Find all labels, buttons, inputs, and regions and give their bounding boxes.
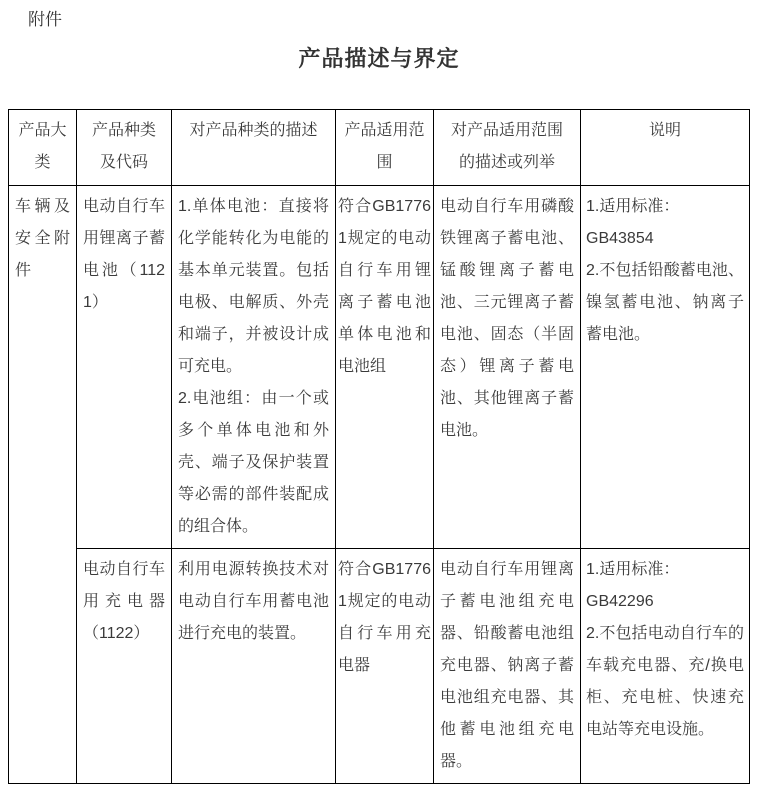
cell-scope: 符合GB17761规定的电动自行车用锂离子蓄电池单体电池和电池组: [336, 186, 434, 549]
table-row: 电动自行车用充电器（1122） 利用电源转换技术对电动自行车用蓄电池进行充电的装…: [9, 549, 750, 784]
cell-type-code: 电动自行车用充电器（1122）: [77, 549, 172, 784]
table-row: 车辆及安全附件 电动自行车用锂离子蓄电池（1121） 1.单体电池：直接将化学能…: [9, 186, 750, 549]
col-header-scope: 产品适用范围: [336, 110, 434, 186]
col-header-scope-description: 对产品适用范围的描述或列举: [434, 110, 581, 186]
cell-type-description: 利用电源转换技术对电动自行车用蓄电池进行充电的装置。: [172, 549, 336, 784]
cell-type-code: 电动自行车用锂离子蓄电池（1121）: [77, 186, 172, 549]
col-header-notes: 说明: [581, 110, 750, 186]
col-header-type-description: 对产品种类的描述: [172, 110, 336, 186]
col-header-type-code: 产品种类及代码: [77, 110, 172, 186]
attachment-label: 附件: [28, 8, 758, 32]
product-definition-table: 产品大类 产品种类及代码 对产品种类的描述 产品适用范围 对产品适用范围的描述或…: [8, 109, 750, 784]
col-header-category: 产品大类: [9, 110, 77, 186]
table-body: 车辆及安全附件 电动自行车用锂离子蓄电池（1121） 1.单体电池：直接将化学能…: [9, 186, 750, 784]
cell-scope: 符合GB17761规定的电动自行车用充电器: [336, 549, 434, 784]
cell-category: 车辆及安全附件: [9, 186, 77, 784]
cell-notes: 1.适用标准： GB43854 2.不包括铅酸蓄电池、镍氢蓄电池、钠离子蓄电池。: [581, 186, 750, 549]
cell-notes: 1.适用标准： GB42296 2.不包括电动自行车的车载充电器、充/换电柜、充…: [581, 549, 750, 784]
cell-scope-description: 电动自行车用磷酸铁锂离子蓄电池、锰酸锂离子蓄电池、三元锂离子蓄电池、固态（半固态…: [434, 186, 581, 549]
cell-scope-description: 电动自行车用锂离子蓄电池组充电器、铅酸蓄电池组充电器、钠离子蓄电池组充电器、其他…: [434, 549, 581, 784]
page-title: 产品描述与界定: [0, 44, 758, 74]
header-row: 产品大类 产品种类及代码 对产品种类的描述 产品适用范围 对产品适用范围的描述或…: [9, 110, 750, 186]
cell-type-description: 1.单体电池：直接将化学能转化为电能的基本单元装置。包括电极、电解质、外壳和端子…: [172, 186, 336, 549]
table-header: 产品大类 产品种类及代码 对产品种类的描述 产品适用范围 对产品适用范围的描述或…: [9, 110, 750, 186]
